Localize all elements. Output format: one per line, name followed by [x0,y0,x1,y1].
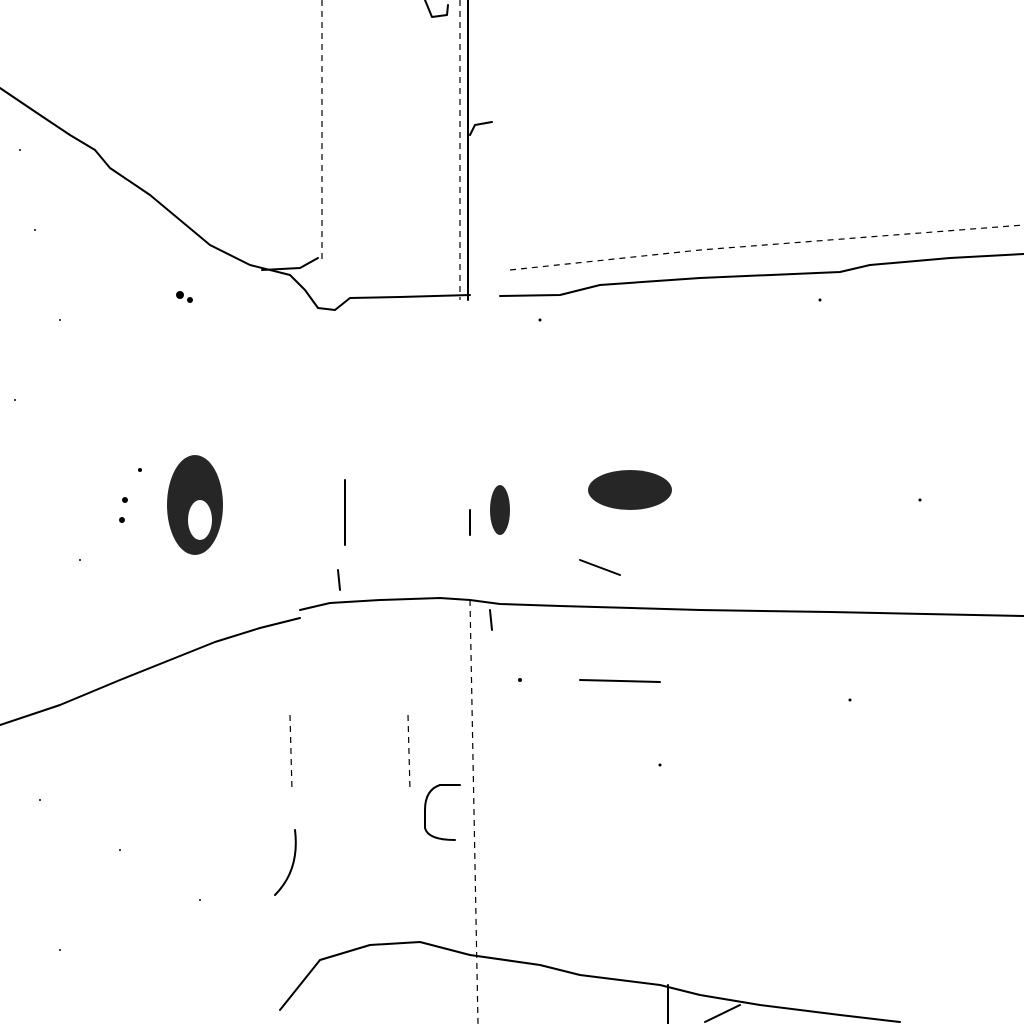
edge-map-image [0,0,1024,1024]
upper-left-road-edge [0,88,470,310]
center-right-dark-object [490,470,672,682]
road-band-top-edge [500,254,1024,296]
upper-left-curb [262,258,318,270]
lower-left-curve [275,830,296,895]
bottom-edge [280,942,900,1022]
lower-left-vertical [290,715,292,790]
road-band-bottom-edge [300,598,1024,616]
road-band-top-faint [510,225,1024,270]
vertical-pole-lower [470,600,478,1024]
interior-marks [338,480,492,630]
lower-vertical-edge [408,715,410,790]
lower-curve-structure [425,785,460,840]
pole-bracket [470,122,492,135]
lower-left-road-edge [0,618,300,725]
bottom-right-diagonal [705,1005,740,1022]
left-dark-object [119,291,223,555]
top-bracket [425,0,448,17]
